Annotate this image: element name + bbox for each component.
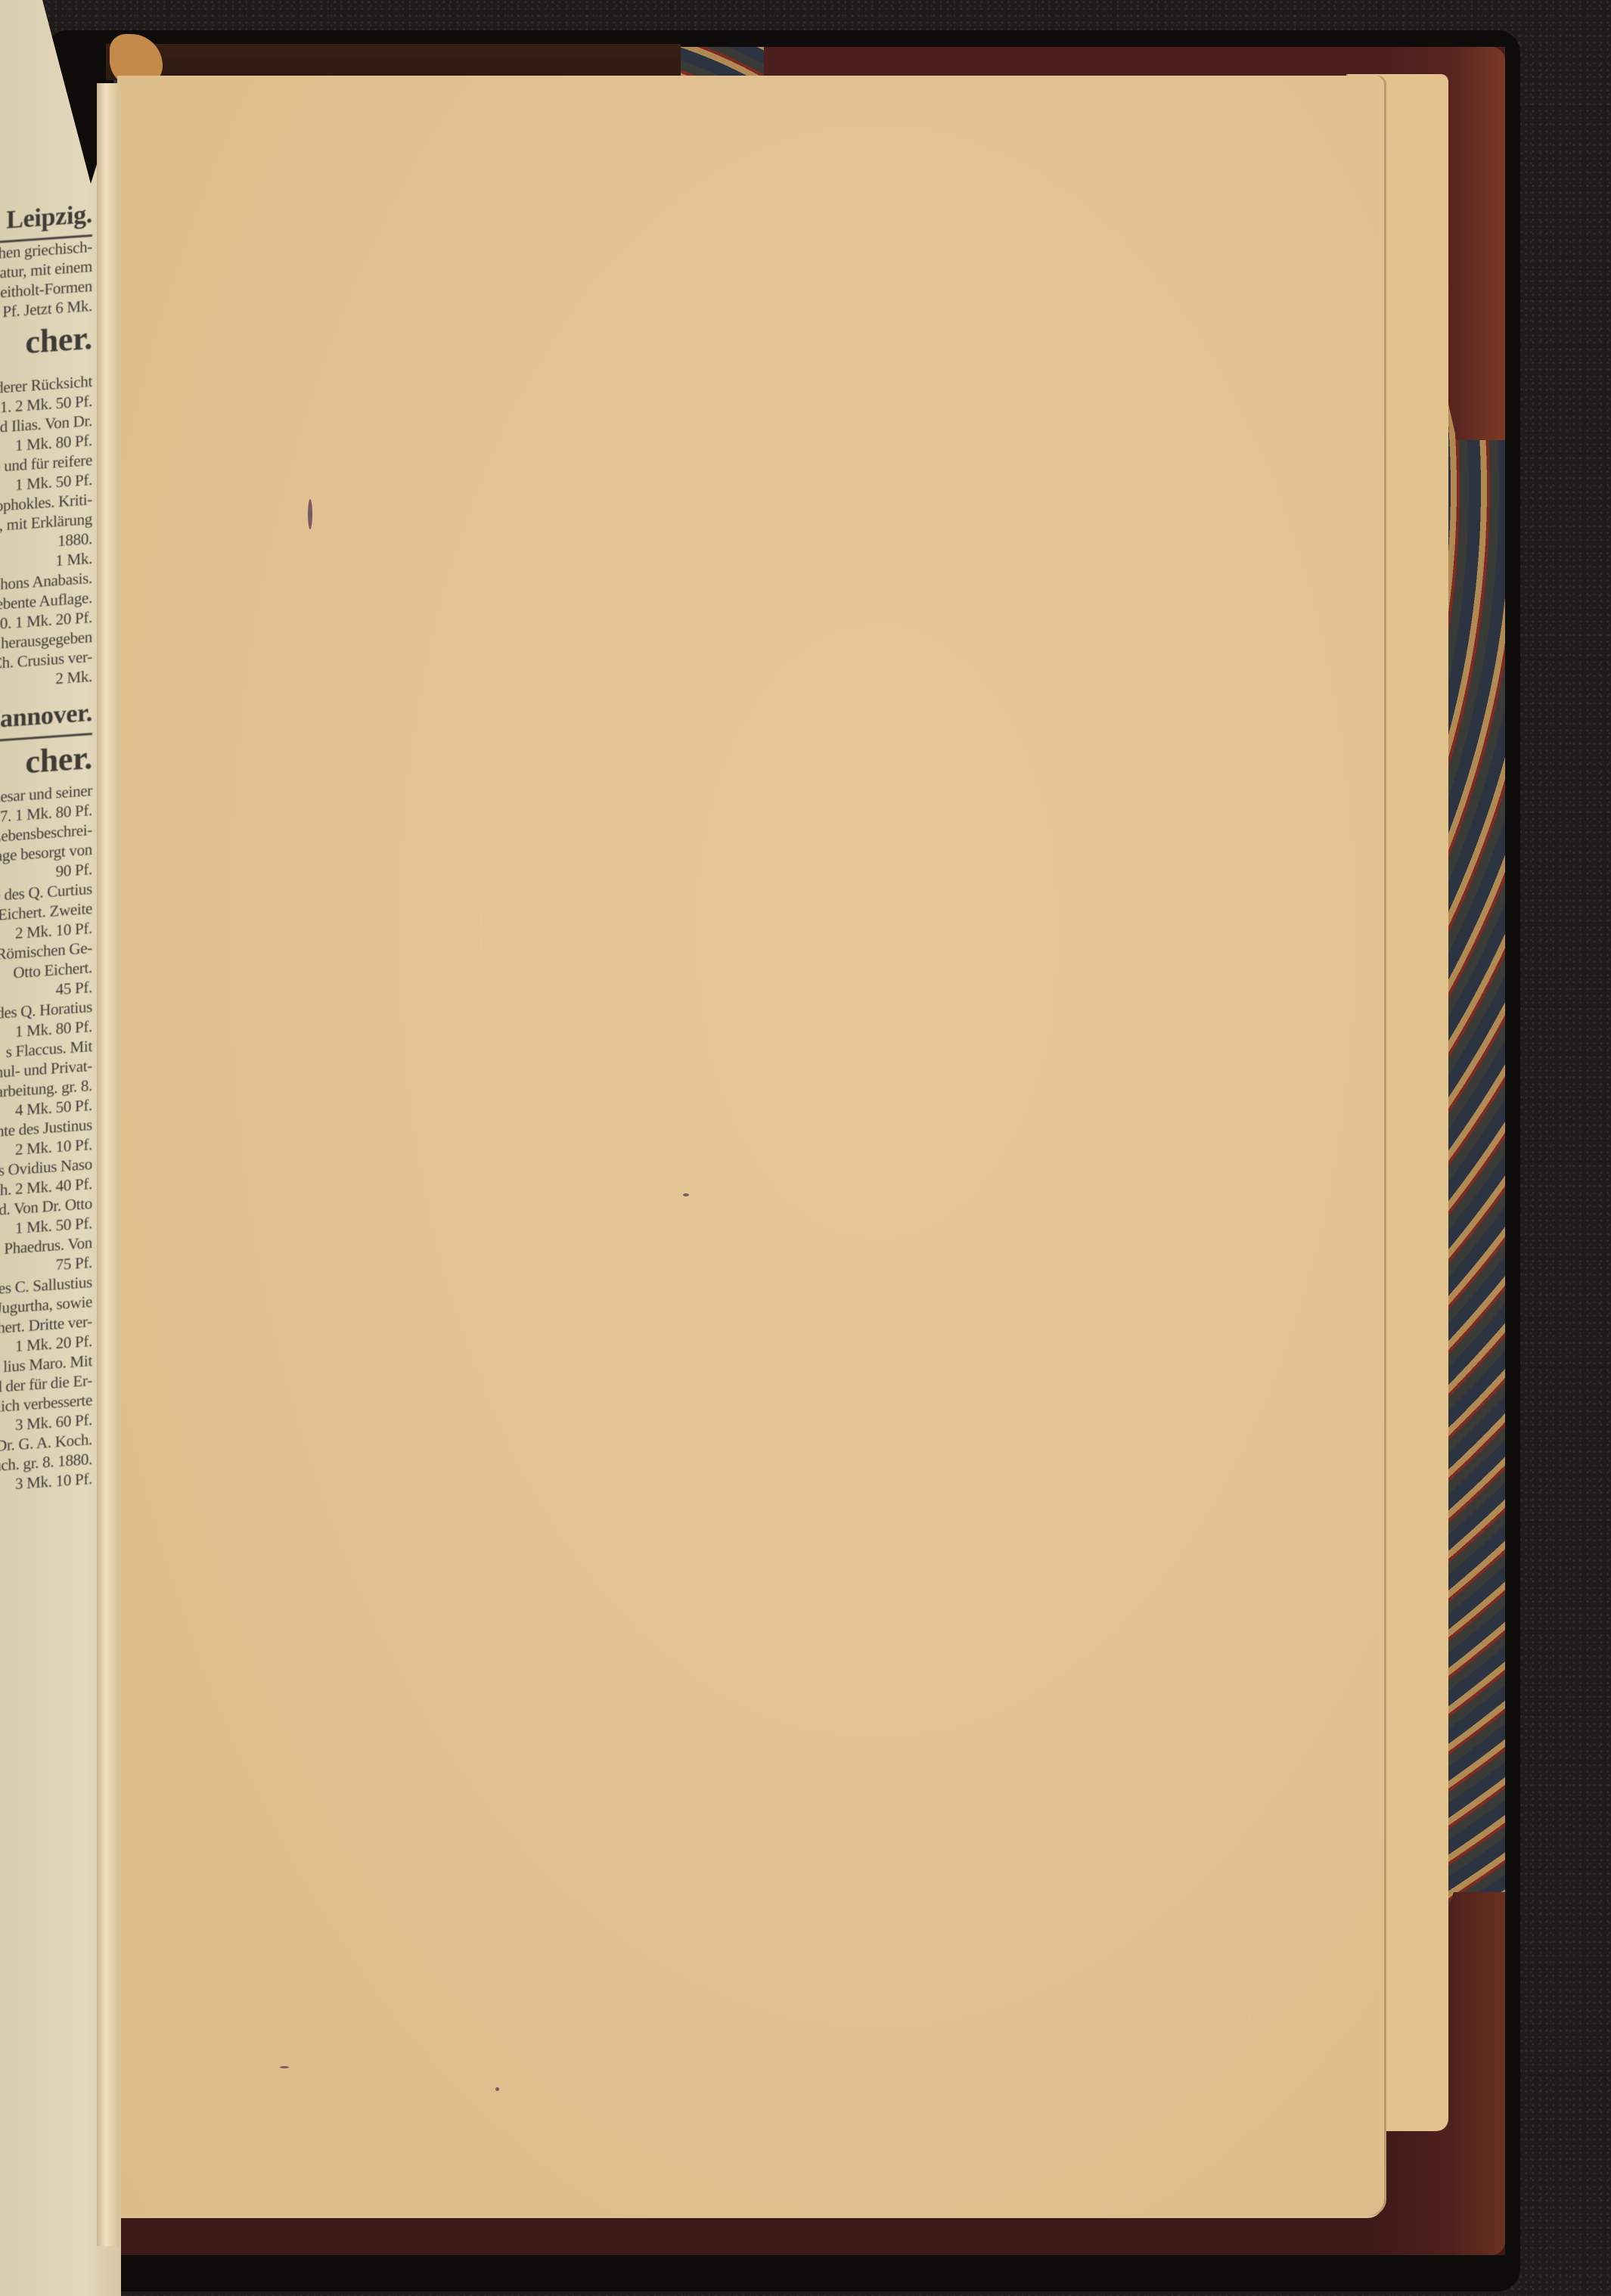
ink-speck [308, 499, 312, 529]
blank-endpaper-page [117, 76, 1384, 2216]
ink-speck [683, 1193, 689, 1196]
spine-edge [106, 44, 681, 80]
book-gutter [97, 83, 120, 2246]
ad-line: 3 Mk. 10 Pf. [0, 1469, 92, 1500]
ink-speck [495, 2087, 499, 2091]
advertisement-text-column: ung in Leipzig.stlichen griechisch-Litte… [0, 0, 92, 1494]
ink-speck [280, 2066, 289, 2068]
leather-edge-bottom [113, 2210, 1505, 2255]
